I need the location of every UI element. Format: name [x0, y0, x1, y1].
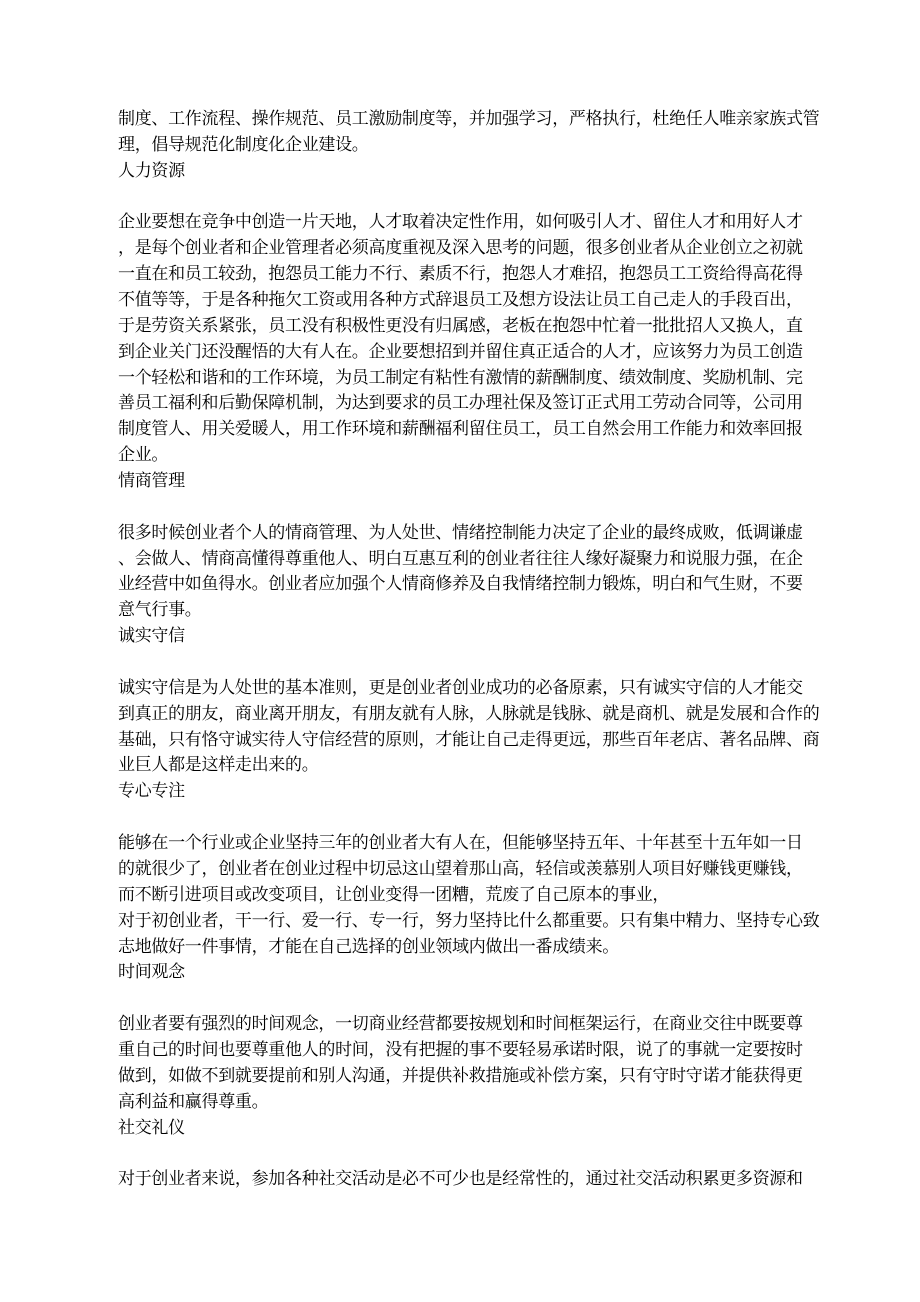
text-line: 很多时候创业者个人的情商管理、为人处世、情绪控制能力决定了企业的最终成败，低调谦…: [118, 520, 818, 546]
section-heading-zhuanxin-zhuanzhu: 专心专注: [118, 778, 818, 804]
section-heading-shijian-guannian: 时间观念: [118, 959, 818, 985]
text-line: 不值等等，于是各种拖欠工资或用各种方式辞退员工及想方设法让员工自己走人的手段百出…: [118, 287, 818, 313]
blank-line: [118, 1140, 818, 1166]
text-line: 企业要想在竞争中创造一片天地，人才取着决定性作用，如何吸引人才、留住人才和用好人…: [118, 209, 818, 235]
blank-line: [118, 804, 818, 830]
text-line: 于是劳资关系紧张，员工没有积极性更没有归属感，老板在抱怨中忙着一批批招人又换人，…: [118, 313, 818, 339]
section-heading-chengshi-shouxin: 诚实守信: [118, 623, 818, 649]
text-line: 理，倡导规范化制度化企业建设。: [118, 132, 818, 158]
text-line: 的就很少了，创业者在创业过程中切忌这山望着那山高，轻信或羡慕别人项目好赚钱更赚钱…: [118, 856, 818, 882]
text-line: ，是每个创业者和企业管理者必须高度重视及深入思考的问题，很多创业者从企业创立之初…: [118, 235, 818, 261]
text-line: 高利益和赢得尊重。: [118, 1089, 818, 1115]
blank-line: [118, 985, 818, 1011]
blank-line: [118, 184, 818, 210]
blank-line: [118, 494, 818, 520]
text-line: 基础，只有恪守诚实待人守信经营的原则，才能让自己走得更远，那些百年老店、著名品牌…: [118, 727, 818, 753]
text-line: 一直在和员工较劲，抱怨员工能力不行、素质不行，抱怨人才难招，抱怨员工工资给得高花…: [118, 261, 818, 287]
text-line: 制度管人、用关爱暖人，用工作环境和薪酬福利留住员工，员工自然会用工作能力和效率回…: [118, 416, 818, 442]
text-line: 诚实守信是为人处世的基本准则，更是创业者创业成功的必备原素，只有诚实守信的人才能…: [118, 675, 818, 701]
text-line: 做到，如做不到就要提前和别人沟通，并提供补救措施或补偿方案，只有守时守诺才能获得…: [118, 1063, 818, 1089]
text-line: 业经营中如鱼得水。创业者应加强个人情商修养及自我情绪控制力锻炼，明白和气生财，不…: [118, 571, 818, 597]
text-line: 意气行事。: [118, 597, 818, 623]
text-line: 对于创业者来说，参加各种社交活动是必不可少也是经常性的，通过社交活动积累更多资源…: [118, 1166, 818, 1192]
text-line: 重自己的时间也要尊重他人的时间，没有把握的事不要轻易承诺时限，说了的事就一定要按…: [118, 1037, 818, 1063]
text-line: 企业。: [118, 442, 818, 468]
text-line: 业巨人都是这样走出来的。: [118, 752, 818, 778]
blank-line: [118, 649, 818, 675]
text-line: 到企业关门还没醒悟的大有人在。企业要想招到并留住真正适合的人才，应该努力为员工创…: [118, 339, 818, 365]
text-line: 、会做人、情商高懂得尊重他人、明白互惠互利的创业者往往人缘好凝聚力和说服力强，在…: [118, 546, 818, 572]
section-heading-renli-ziyuan: 人力资源: [118, 158, 818, 184]
text-line: 能够在一个行业或企业坚持三年的创业者大有人在，但能够坚持五年、十年甚至十五年如一…: [118, 830, 818, 856]
text-line: 而不断引进项目或改变项目，让创业变得一团糟，荒废了自己原本的事业，: [118, 882, 818, 908]
document-page: 制度、工作流程、操作规范、员工激励制度等，并加强学习，严格执行，杜绝任人唯亲家族…: [118, 106, 818, 1192]
text-line: 志地做好一件事情，才能在自己选择的创业领域内做出一番成绩来。: [118, 934, 818, 960]
text-line: 制度、工作流程、操作规范、员工激励制度等，并加强学习，严格执行，杜绝任人唯亲家族…: [118, 106, 818, 132]
text-line: 善员工福利和后勤保障机制，为达到要求的员工办理社保及签订正式用工劳动合同等，公司…: [118, 390, 818, 416]
text-line: 创业者要有强烈的时间观念，一切商业经营都要按规划和时间框架运行，在商业交往中既要…: [118, 1011, 818, 1037]
text-line: 一个轻松和谐和的工作环境，为员工制定有粘性有激情的薪酬制度、绩效制度、奖励机制、…: [118, 365, 818, 391]
text-line: 对于初创业者，干一行、爱一行、专一行，努力坚持比什么都重要。只有集中精力、坚持专…: [118, 908, 818, 934]
section-heading-shejiao-liyi: 社交礼仪: [118, 1115, 818, 1141]
text-line: 到真正的朋友，商业离开朋友，有朋友就有人脉，人脉就是钱脉、就是商机、就是发展和合…: [118, 701, 818, 727]
section-heading-qingshang-guanli: 情商管理: [118, 468, 818, 494]
